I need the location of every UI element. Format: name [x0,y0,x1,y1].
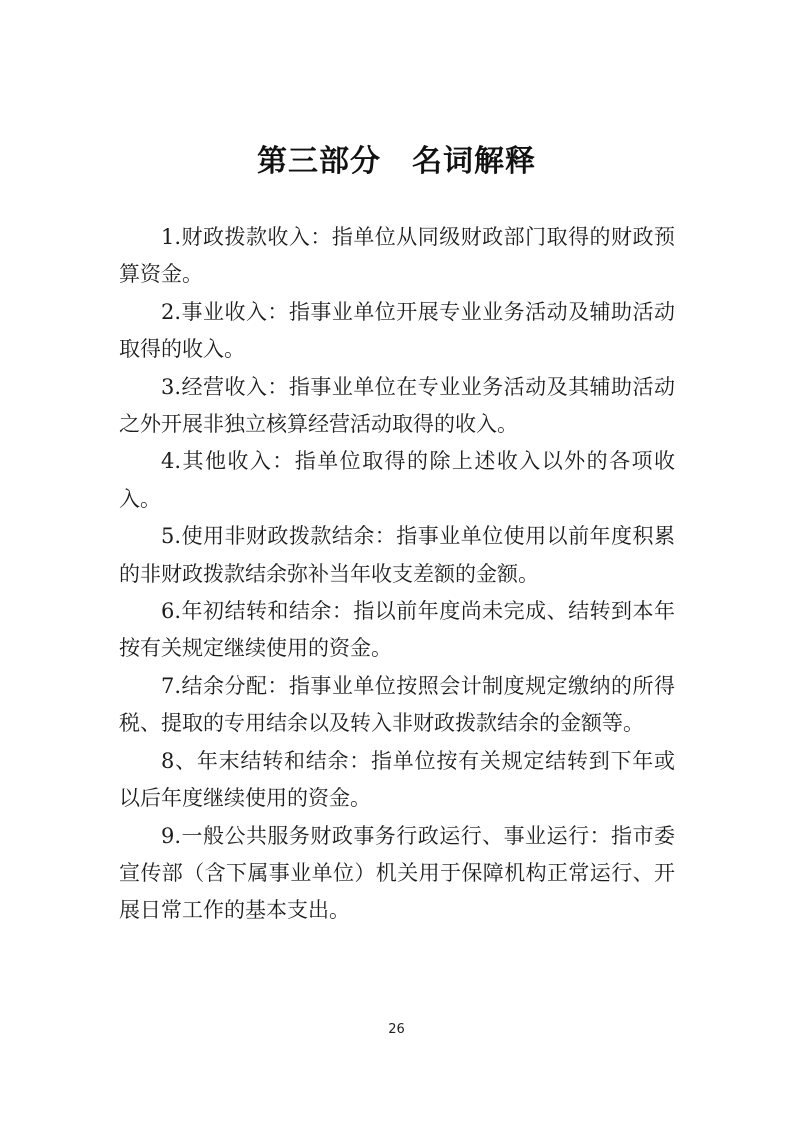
section-title: 第三部分 名词解释 [0,136,793,180]
document-page: 第三部分 名词解释 1.财政拨款收入：指单位从同级财政部门取得的财政预算资金。 … [0,0,793,1122]
term-paragraph: 9.一般公共服务财政事务行政运行、事业运行：指市委宣传部（含下属事业单位）机关用… [119,818,675,930]
term-paragraph: 2.事业收入：指事业单位开展专业业务活动及辅助活动取得的收入。 [119,294,675,369]
term-paragraph: 1.财政拨款收入：指单位从同级财政部门取得的财政预算资金。 [119,219,675,294]
term-paragraph: 5.使用非财政拨款结余：指事业单位使用以前年度积累的非财政拨款结余弥补当年收支差… [119,518,675,593]
term-paragraph: 4.其他收入：指单位取得的除上述收入以外的各项收入。 [119,443,675,518]
term-paragraph: 6.年初结转和结余：指以前年度尚未完成、结转到本年按有关规定继续使用的资金。 [119,593,675,668]
page-number: 26 [0,1022,793,1037]
term-paragraph: 8、年末结转和结余：指单位按有关规定结转到下年或以后年度继续使用的资金。 [119,743,675,818]
term-paragraph: 7.结余分配：指事业单位按照会计制度规定缴纳的所得税、提取的专用结余以及转入非财… [119,668,675,743]
term-paragraph: 3.经营收入：指事业单位在专业业务活动及其辅助活动之外开展非独立核算经营活动取得… [119,369,675,444]
terms-list: 1.财政拨款收入：指单位从同级财政部门取得的财政预算资金。 2.事业收入：指事业… [119,219,675,930]
